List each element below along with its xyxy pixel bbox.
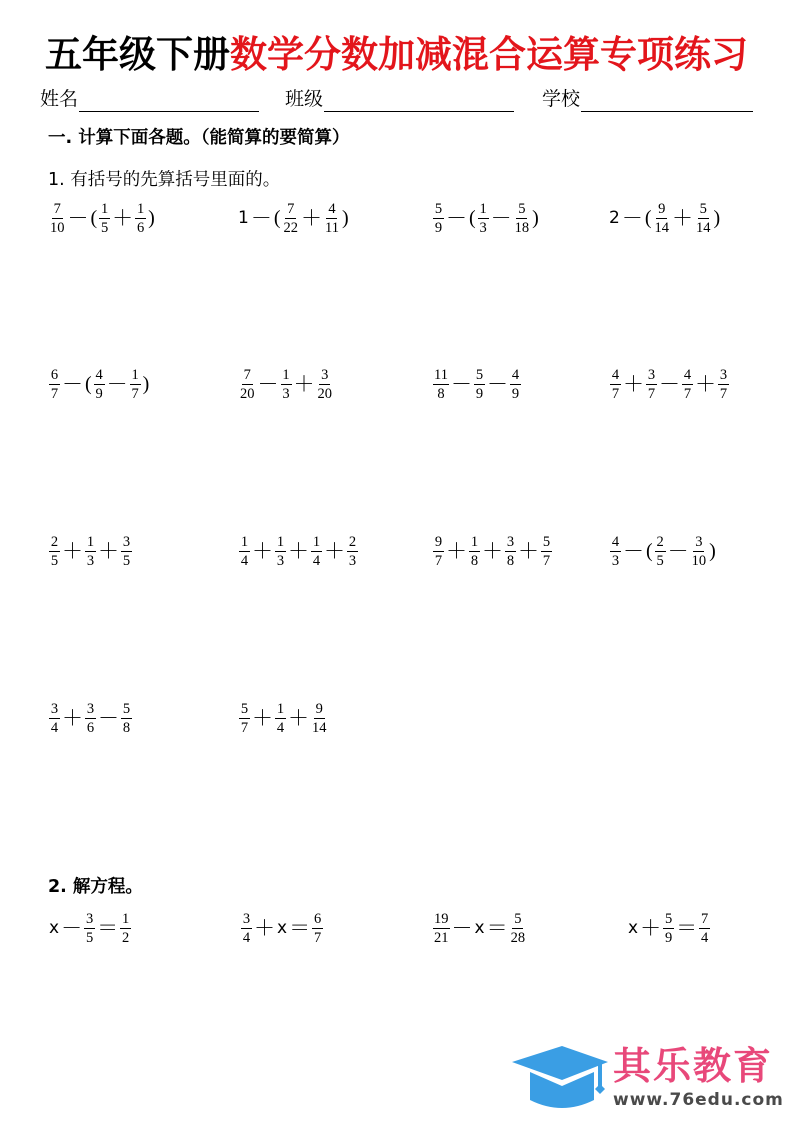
operator: ＋ bbox=[287, 540, 310, 562]
numerator: 3 bbox=[121, 534, 132, 552]
denominator: 5 bbox=[85, 929, 94, 946]
fraction: 118 bbox=[433, 367, 449, 402]
problem-9: 25＋13＋35 bbox=[48, 529, 133, 573]
equation-1: x－35＝12 bbox=[48, 906, 132, 950]
fraction: 67 bbox=[312, 911, 323, 946]
fraction: 97 bbox=[433, 534, 444, 569]
numerator: 1 bbox=[311, 534, 322, 552]
parenthesis: ) bbox=[147, 207, 156, 229]
denominator: 7 bbox=[647, 385, 656, 402]
numerator: 1 bbox=[120, 911, 131, 929]
operator: － bbox=[97, 707, 120, 729]
fraction: 23 bbox=[347, 534, 358, 569]
numerator: 11 bbox=[433, 367, 449, 385]
denominator: 9 bbox=[664, 929, 673, 946]
fraction: 58 bbox=[121, 701, 132, 736]
fraction: 47 bbox=[682, 367, 693, 402]
numerator: 2 bbox=[655, 534, 666, 552]
parenthesis: ) bbox=[713, 207, 722, 229]
operator: ＋ bbox=[671, 207, 694, 229]
operator: ＋ bbox=[251, 540, 274, 562]
operator: － bbox=[490, 207, 513, 229]
brand-logo: 其乐教育 www.76edu.com bbox=[510, 1042, 790, 1114]
numerator: 5 bbox=[516, 201, 527, 219]
fraction: 914 bbox=[654, 201, 671, 236]
school-blank[interactable] bbox=[581, 89, 753, 112]
fraction: 310 bbox=[691, 534, 708, 569]
fraction: 12 bbox=[120, 911, 131, 946]
fraction: 35 bbox=[84, 911, 95, 946]
class-blank[interactable] bbox=[324, 89, 514, 112]
name-label: 姓名 bbox=[40, 86, 78, 112]
fraction: 43 bbox=[610, 534, 621, 569]
numerator: 5 bbox=[474, 367, 485, 385]
numerator: 6 bbox=[312, 911, 323, 929]
problem-6: 720－13＋320 bbox=[238, 362, 334, 406]
numerator: 4 bbox=[682, 367, 693, 385]
denominator: 20 bbox=[239, 385, 256, 402]
operator: ＋ bbox=[61, 707, 84, 729]
fraction: 14 bbox=[311, 534, 322, 569]
fraction: 38 bbox=[505, 534, 516, 569]
denominator: 4 bbox=[312, 552, 321, 569]
parenthesis: ) bbox=[708, 540, 717, 562]
denominator: 7 bbox=[434, 552, 443, 569]
denominator: 28 bbox=[510, 929, 527, 946]
numerator: 1 bbox=[239, 534, 250, 552]
numerator: 7 bbox=[242, 367, 253, 385]
operator: ＋ bbox=[251, 707, 274, 729]
denominator: 14 bbox=[654, 219, 671, 236]
school-field[interactable]: 学校 bbox=[542, 86, 753, 112]
numerator: 4 bbox=[610, 534, 621, 552]
problem-13: 34＋36－58 bbox=[48, 696, 133, 740]
parenthesis: ( bbox=[468, 207, 477, 229]
denominator: 6 bbox=[86, 719, 95, 736]
operator: － bbox=[486, 373, 509, 395]
operator: ＋ bbox=[300, 207, 323, 229]
numerator: 4 bbox=[326, 201, 337, 219]
brand-url: www.76edu.com bbox=[613, 1090, 784, 1110]
denominator: 3 bbox=[611, 552, 620, 569]
section-1-subheading: 1. 有括号的先算括号里面的。 bbox=[48, 168, 280, 192]
brand-name: 其乐教育 bbox=[613, 1044, 773, 1088]
fraction: 528 bbox=[510, 911, 527, 946]
fraction: 14 bbox=[239, 534, 250, 569]
denominator: 3 bbox=[348, 552, 357, 569]
numerator: 3 bbox=[718, 367, 729, 385]
fraction: 518 bbox=[514, 201, 531, 236]
parenthesis: ) bbox=[142, 373, 151, 395]
fraction: 57 bbox=[541, 534, 552, 569]
operator: ＋ bbox=[323, 540, 346, 562]
section-1-heading: 一. 计算下面各题。（能简算的要简算） bbox=[48, 126, 350, 150]
numerator: 4 bbox=[94, 367, 105, 385]
parenthesis: ( bbox=[84, 373, 93, 395]
denominator: 14 bbox=[311, 719, 328, 736]
operator: － bbox=[60, 917, 83, 939]
numerator: 7 bbox=[52, 201, 63, 219]
name-field[interactable]: 姓名 bbox=[40, 86, 259, 112]
operator: ＋ bbox=[694, 373, 717, 395]
variable: x bbox=[474, 917, 486, 939]
denominator: 9 bbox=[95, 385, 104, 402]
denominator: 4 bbox=[50, 719, 59, 736]
operator: － bbox=[250, 207, 273, 229]
problem-8: 47＋37－47＋37 bbox=[609, 362, 730, 406]
operator: ＋ bbox=[61, 540, 84, 562]
numerator: 3 bbox=[241, 911, 252, 929]
numerator: 2 bbox=[347, 534, 358, 552]
operator: ＋ bbox=[97, 540, 120, 562]
numerator: 3 bbox=[505, 534, 516, 552]
numerator: 1 bbox=[99, 201, 110, 219]
fraction: 47 bbox=[610, 367, 621, 402]
fraction: 59 bbox=[663, 911, 674, 946]
section-2-heading: 2. 解方程。 bbox=[48, 875, 143, 899]
denominator: 10 bbox=[691, 552, 708, 569]
fraction: 722 bbox=[283, 201, 300, 236]
parenthesis: ) bbox=[531, 207, 540, 229]
numerator: 3 bbox=[49, 701, 60, 719]
denominator: 3 bbox=[281, 385, 290, 402]
denominator: 3 bbox=[276, 552, 285, 569]
numerator: 5 bbox=[121, 701, 132, 719]
denominator: 21 bbox=[433, 929, 450, 946]
class-field[interactable]: 班级 bbox=[285, 86, 514, 112]
operator: － bbox=[61, 373, 84, 395]
fraction: 49 bbox=[510, 367, 521, 402]
numerator: 19 bbox=[433, 911, 450, 929]
problem-1: 710－(15＋16) bbox=[48, 196, 156, 240]
denominator: 20 bbox=[317, 385, 334, 402]
denominator: 18 bbox=[514, 219, 531, 236]
fraction: 74 bbox=[699, 911, 710, 946]
denominator: 3 bbox=[86, 552, 95, 569]
parenthesis: ) bbox=[341, 207, 350, 229]
denominator: 4 bbox=[240, 552, 249, 569]
numerator: 6 bbox=[49, 367, 60, 385]
denominator: 5 bbox=[100, 219, 109, 236]
denominator: 4 bbox=[700, 929, 709, 946]
operator: － bbox=[257, 373, 280, 395]
variable: x bbox=[627, 917, 639, 939]
title-grade: 五年级下册 bbox=[45, 33, 230, 76]
denominator: 10 bbox=[49, 219, 66, 236]
numerator: 3 bbox=[85, 701, 96, 719]
operator: － bbox=[451, 917, 474, 939]
fraction: 67 bbox=[49, 367, 60, 402]
denominator: 5 bbox=[122, 552, 131, 569]
fraction: 411 bbox=[324, 201, 340, 236]
numerator: 3 bbox=[646, 367, 657, 385]
fraction: 914 bbox=[311, 701, 328, 736]
denominator: 8 bbox=[506, 552, 515, 569]
numerator: 1 bbox=[130, 367, 141, 385]
parenthesis: ( bbox=[90, 207, 99, 229]
denominator: 6 bbox=[136, 219, 145, 236]
fraction: 14 bbox=[275, 701, 286, 736]
parenthesis: ( bbox=[644, 207, 653, 229]
problem-14: 57＋14＋914 bbox=[238, 696, 329, 740]
numerator: 1 bbox=[135, 201, 146, 219]
fraction: 37 bbox=[646, 367, 657, 402]
denominator: 7 bbox=[50, 385, 59, 402]
fraction: 15 bbox=[99, 201, 110, 236]
operator: － bbox=[450, 373, 473, 395]
fraction: 25 bbox=[49, 534, 60, 569]
problem-10: 14＋13＋14＋23 bbox=[238, 529, 359, 573]
fraction: 36 bbox=[85, 701, 96, 736]
denominator: 11 bbox=[324, 219, 340, 236]
school-label: 学校 bbox=[542, 86, 580, 112]
fraction: 49 bbox=[94, 367, 105, 402]
operator: － bbox=[621, 207, 644, 229]
equation-4: x＋59＝74 bbox=[627, 906, 711, 950]
operator: ＝ bbox=[288, 917, 311, 939]
denominator: 3 bbox=[479, 219, 488, 236]
operator: ＋ bbox=[287, 707, 310, 729]
fraction: 320 bbox=[317, 367, 334, 402]
denominator: 7 bbox=[240, 719, 249, 736]
fraction: 57 bbox=[239, 701, 250, 736]
fraction: 1921 bbox=[433, 911, 450, 946]
denominator: 9 bbox=[475, 385, 484, 402]
numerator: 4 bbox=[610, 367, 621, 385]
numerator: 1 bbox=[85, 534, 96, 552]
operator: ＝ bbox=[675, 917, 698, 939]
operator: ＋ bbox=[253, 917, 276, 939]
denominator: 8 bbox=[470, 552, 479, 569]
denominator: 7 bbox=[131, 385, 140, 402]
numerator: 1 bbox=[281, 367, 292, 385]
numerator: 4 bbox=[510, 367, 521, 385]
denominator: 8 bbox=[122, 719, 131, 736]
fraction: 13 bbox=[85, 534, 96, 569]
fraction: 59 bbox=[433, 201, 444, 236]
fraction: 13 bbox=[478, 201, 489, 236]
numerator: 1 bbox=[275, 701, 286, 719]
numerator: 3 bbox=[693, 534, 704, 552]
fraction: 710 bbox=[49, 201, 66, 236]
numerator: 9 bbox=[656, 201, 667, 219]
numerator: 7 bbox=[699, 911, 710, 929]
operator: － bbox=[445, 207, 468, 229]
numerator: 5 bbox=[512, 911, 523, 929]
numerator: 9 bbox=[314, 701, 325, 719]
numerator: 9 bbox=[433, 534, 444, 552]
fraction: 35 bbox=[121, 534, 132, 569]
denominator: 4 bbox=[242, 929, 251, 946]
denominator: 5 bbox=[656, 552, 665, 569]
fraction: 25 bbox=[655, 534, 666, 569]
integer: 2 bbox=[609, 207, 621, 229]
variable: x bbox=[48, 917, 60, 939]
fraction: 16 bbox=[135, 201, 146, 236]
numerator: 2 bbox=[49, 534, 60, 552]
operator: － bbox=[667, 540, 690, 562]
denominator: 4 bbox=[276, 719, 285, 736]
equation-2: 34＋x＝67 bbox=[240, 906, 324, 950]
fraction: 514 bbox=[695, 201, 712, 236]
denominator: 7 bbox=[611, 385, 620, 402]
problem-4: 2－(914＋514) bbox=[609, 196, 721, 240]
numerator: 1 bbox=[275, 534, 286, 552]
integer: 1 bbox=[238, 207, 250, 229]
student-info-row: 姓名 班级 学校 bbox=[40, 86, 760, 114]
problem-2: 1－(722＋411) bbox=[238, 196, 350, 240]
class-label: 班级 bbox=[285, 86, 323, 112]
numerator: 5 bbox=[239, 701, 250, 719]
operator: ＋ bbox=[481, 540, 504, 562]
numerator: 3 bbox=[84, 911, 95, 929]
operator: ＋ bbox=[639, 917, 662, 939]
numerator: 3 bbox=[319, 367, 330, 385]
graduation-cap-icon bbox=[510, 1042, 610, 1114]
problem-7: 118－59－49 bbox=[432, 362, 522, 406]
operator: ＝ bbox=[486, 917, 509, 939]
operator: － bbox=[106, 373, 129, 395]
numerator: 5 bbox=[433, 201, 444, 219]
denominator: 8 bbox=[436, 385, 445, 402]
operator: － bbox=[658, 373, 681, 395]
operator: ＋ bbox=[517, 540, 540, 562]
operator: ＋ bbox=[293, 373, 316, 395]
numerator: 5 bbox=[663, 911, 674, 929]
problem-12: 43－(25－310) bbox=[609, 529, 717, 573]
fraction: 17 bbox=[130, 367, 141, 402]
operator: ＝ bbox=[96, 917, 119, 939]
operator: － bbox=[67, 207, 90, 229]
problem-3: 59－(13－518) bbox=[432, 196, 540, 240]
numerator: 5 bbox=[541, 534, 552, 552]
problem-5: 67－(49－17) bbox=[48, 362, 150, 406]
fraction: 59 bbox=[474, 367, 485, 402]
worksheet-title: 五年级下册数学分数加减混合运算专项练习 bbox=[0, 31, 793, 79]
denominator: 7 bbox=[719, 385, 728, 402]
denominator: 22 bbox=[283, 219, 300, 236]
numerator: 7 bbox=[285, 201, 296, 219]
numerator: 5 bbox=[698, 201, 709, 219]
parenthesis: ( bbox=[273, 207, 282, 229]
denominator: 7 bbox=[542, 552, 551, 569]
denominator: 9 bbox=[434, 219, 443, 236]
title-topic: 数学分数加减混合运算专项练习 bbox=[230, 33, 748, 76]
operator: ＋ bbox=[622, 373, 645, 395]
denominator: 7 bbox=[683, 385, 692, 402]
denominator: 14 bbox=[695, 219, 712, 236]
fraction: 37 bbox=[718, 367, 729, 402]
variable: x bbox=[276, 917, 288, 939]
fraction: 18 bbox=[469, 534, 480, 569]
operator: ＋ bbox=[445, 540, 468, 562]
equation-3: 1921－x＝528 bbox=[432, 906, 527, 950]
name-blank[interactable] bbox=[79, 89, 259, 112]
operator: － bbox=[622, 540, 645, 562]
operator: ＋ bbox=[111, 207, 134, 229]
denominator: 9 bbox=[511, 385, 520, 402]
denominator: 5 bbox=[50, 552, 59, 569]
denominator: 7 bbox=[313, 929, 322, 946]
numerator: 1 bbox=[478, 201, 489, 219]
parenthesis: ( bbox=[645, 540, 654, 562]
denominator: 2 bbox=[121, 929, 130, 946]
fraction: 720 bbox=[239, 367, 256, 402]
fraction: 13 bbox=[275, 534, 286, 569]
numerator: 1 bbox=[469, 534, 480, 552]
fraction: 34 bbox=[49, 701, 60, 736]
problem-11: 97＋18＋38＋57 bbox=[432, 529, 553, 573]
fraction: 13 bbox=[281, 367, 292, 402]
fraction: 34 bbox=[241, 911, 252, 946]
